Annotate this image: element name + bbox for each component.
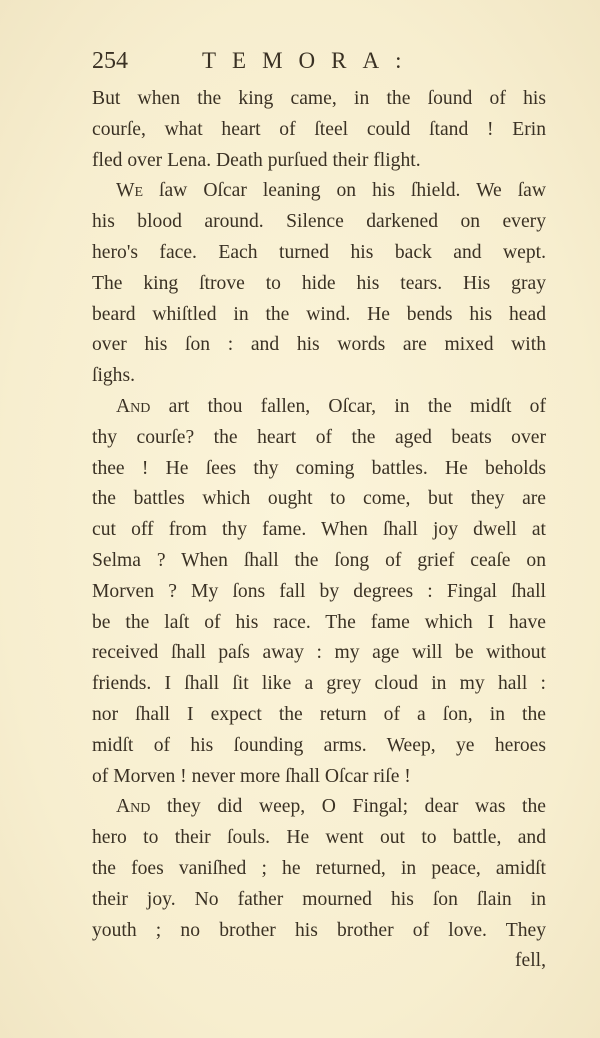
paragraph-first-line: We ſaw Oſcar leaning on his ſhield. We ſ…: [92, 176, 546, 207]
text-line: they did weep, O Fingal; dear was the: [167, 796, 546, 817]
body-text: But when the king came, in the ſound of …: [92, 84, 546, 977]
paragraph-first-line: And art thou fallen, Oſcar, in the midſt…: [92, 392, 546, 423]
text-line: their joy. No father mourned his ſon ſla…: [92, 885, 546, 916]
text-line: art thou fallen, Oſcar, in the midſt of: [169, 396, 546, 417]
paragraph-first-line: And they did weep, O Fingal; dear was th…: [92, 792, 546, 823]
paragraph-lead-word: And: [116, 796, 150, 817]
text-line: nor ſhall I expect the return of a ſon, …: [92, 700, 546, 731]
text-line: hero's face. Each turned his back and we…: [92, 238, 546, 269]
running-title: TEMORA:: [202, 48, 418, 74]
text-line: beard whiſtled in the wind. He bends his…: [92, 300, 546, 331]
page-number: 254: [92, 48, 128, 75]
paragraph-lead-word: And: [116, 396, 150, 417]
text-line: the foes vaniſhed ; he returned, in peac…: [92, 854, 546, 885]
paragraph-lead-word: We: [116, 180, 143, 201]
text-line: friends. I ſhall ſit like a grey cloud i…: [92, 669, 546, 700]
text-line: his blood around. Silence darkened on ev…: [92, 207, 546, 238]
text-line: Selma ? When ſhall the ſong of grief cea…: [92, 546, 546, 577]
page-header: 254 TEMORA:: [92, 48, 552, 82]
text-line: ſaw Oſcar leaning on his ſhield. We ſaw: [159, 180, 546, 201]
text-line: hero to their ſouls. He went out to batt…: [92, 823, 546, 854]
catchword: fell,: [92, 946, 546, 977]
text-line: be the laſt of his race. The fame which …: [92, 608, 546, 639]
text-line: thy courſe? the heart of the aged beats …: [92, 423, 546, 454]
text-line: midſt of his ſounding arms. Weep, ye her…: [92, 731, 546, 762]
book-page: 254 TEMORA: But when the king came, in t…: [0, 0, 600, 1038]
text-line: youth ; no brother his brother of love. …: [92, 916, 546, 947]
text-line: cut off from thy fame. When ſhall joy dw…: [92, 515, 546, 546]
text-line: over his ſon : and his words are mixed w…: [92, 330, 546, 361]
text-line: The king ſtrove to hide his tears. His g…: [92, 269, 546, 300]
text-line: fled over Lena. Death purſued their flig…: [92, 146, 546, 177]
text-line: received ſhall paſs away : my age will b…: [92, 638, 546, 669]
text-line: Morven ? My ſons fall by degrees : Finga…: [92, 577, 546, 608]
text-line: the battles which ought to come, but the…: [92, 484, 546, 515]
text-line: But when the king came, in the ſound of …: [92, 84, 546, 115]
text-line: thee ! He ſees thy coming battles. He be…: [92, 454, 546, 485]
text-line: ſighs.: [92, 361, 546, 392]
text-line: courſe, what heart of ſteel could ſtand …: [92, 115, 546, 146]
text-line: of Morven ! never more ſhall Oſcar riſe …: [92, 762, 546, 793]
